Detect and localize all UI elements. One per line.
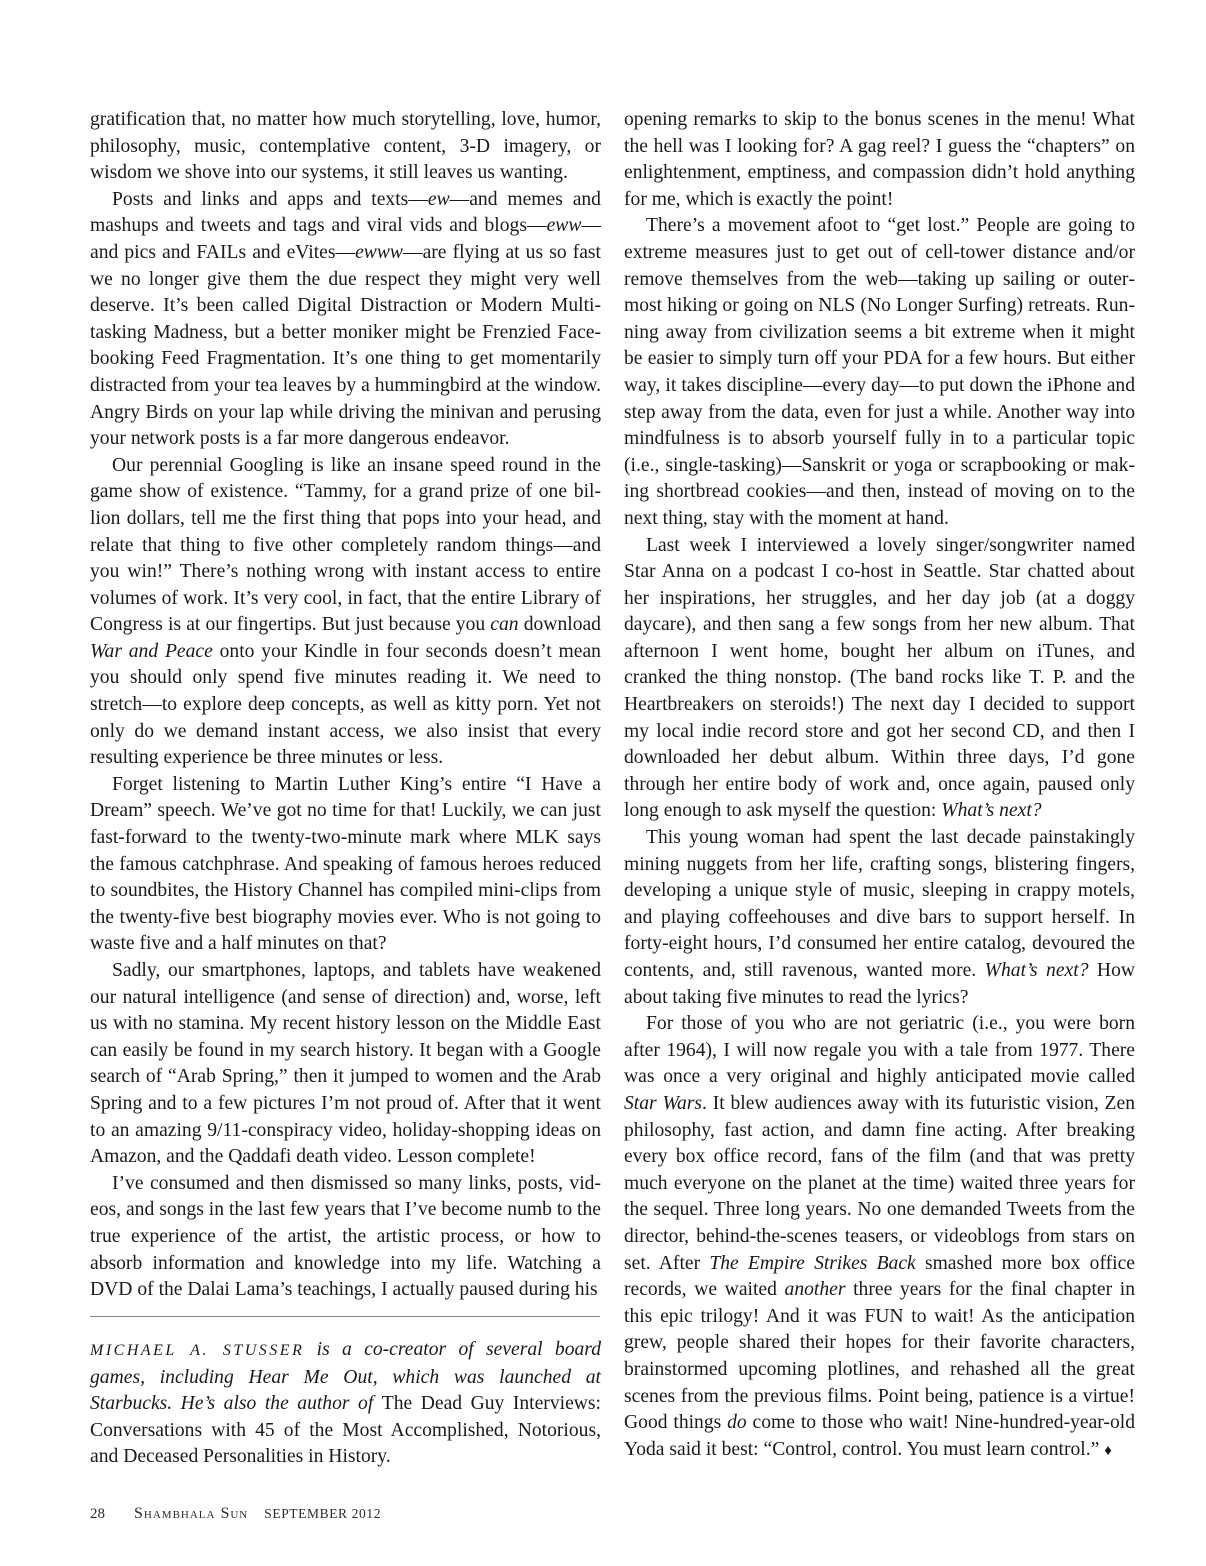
text-run: This young woman had spent the last deca… (624, 827, 1135, 981)
paragraph: Sadly, our smartphones, laptops, and tab… (90, 958, 601, 1171)
paragraph: gratification that, no matter how much s… (90, 107, 601, 187)
paragraph: This young woman had spent the last deca… (624, 825, 1135, 1011)
text-run: —are flying at us so fast we no longer g… (90, 242, 601, 449)
right-column: opening remarks to skip to the bonus sce… (624, 107, 1135, 1464)
italic-text: eww (547, 215, 582, 236)
author-name: MICHAEL A. STUSSER (90, 1342, 304, 1359)
italic-text: another (785, 1279, 846, 1300)
issue-date: SEPTEMBER 2012 (264, 1506, 381, 1522)
movie-title: The Empire Strikes Back (709, 1253, 915, 1274)
italic-text: can (490, 614, 518, 635)
paragraph: Last week I interviewed a lovely singer/… (624, 533, 1135, 826)
italic-text: What’s next? (985, 960, 1089, 981)
paragraph: I’ve consumed and then dismissed so many… (90, 1171, 601, 1304)
end-mark-icon: ♦ (1104, 1443, 1112, 1459)
paragraph: opening remarks to skip to the bonus sce… (624, 107, 1135, 213)
italic-text: ew (428, 189, 450, 210)
text-run: three years for the final chapter in thi… (624, 1279, 1135, 1433)
text-run: . It blew audiences away with its futuri… (624, 1093, 1135, 1274)
italic-text: ewww (355, 242, 403, 263)
italic-text: do (727, 1412, 747, 1433)
text-run: . (386, 1446, 391, 1467)
paragraph: There’s a movement afoot to “get lost.” … (624, 213, 1135, 532)
divider-rule (90, 1316, 600, 1317)
movie-title: Star Wars (624, 1093, 702, 1114)
paragraph: Our perennial Googling is like an insane… (90, 453, 601, 772)
text-run: Our perennial Googling is like an insane… (90, 455, 601, 636)
text-run: Posts and links and apps and texts— (112, 189, 428, 210)
paragraph: Posts and links and apps and texts—ew—an… (90, 187, 601, 453)
text-run: For those of you who are not geriatric (… (624, 1013, 1135, 1087)
page-footer: 28Shambhala SunSEPTEMBER 2012 (90, 1505, 381, 1523)
paragraph: Forget listening to Martin Luther King’s… (90, 772, 601, 958)
left-column: gratification that, no matter how much s… (90, 107, 601, 1304)
author-bio: MICHAEL A. STUSSER is a co-creator of se… (90, 1337, 601, 1471)
text-run: Last week I interviewed a lovely singer/… (624, 535, 1135, 822)
book-title: War and Peace (90, 641, 213, 662)
italic-text: What’s next? (941, 800, 1041, 821)
paragraph: For those of you who are not geriatric (… (624, 1011, 1135, 1464)
magazine-name: Shambhala Sun (134, 1505, 248, 1523)
text-run: down­load (519, 614, 601, 635)
page-number: 28 (90, 1506, 134, 1523)
